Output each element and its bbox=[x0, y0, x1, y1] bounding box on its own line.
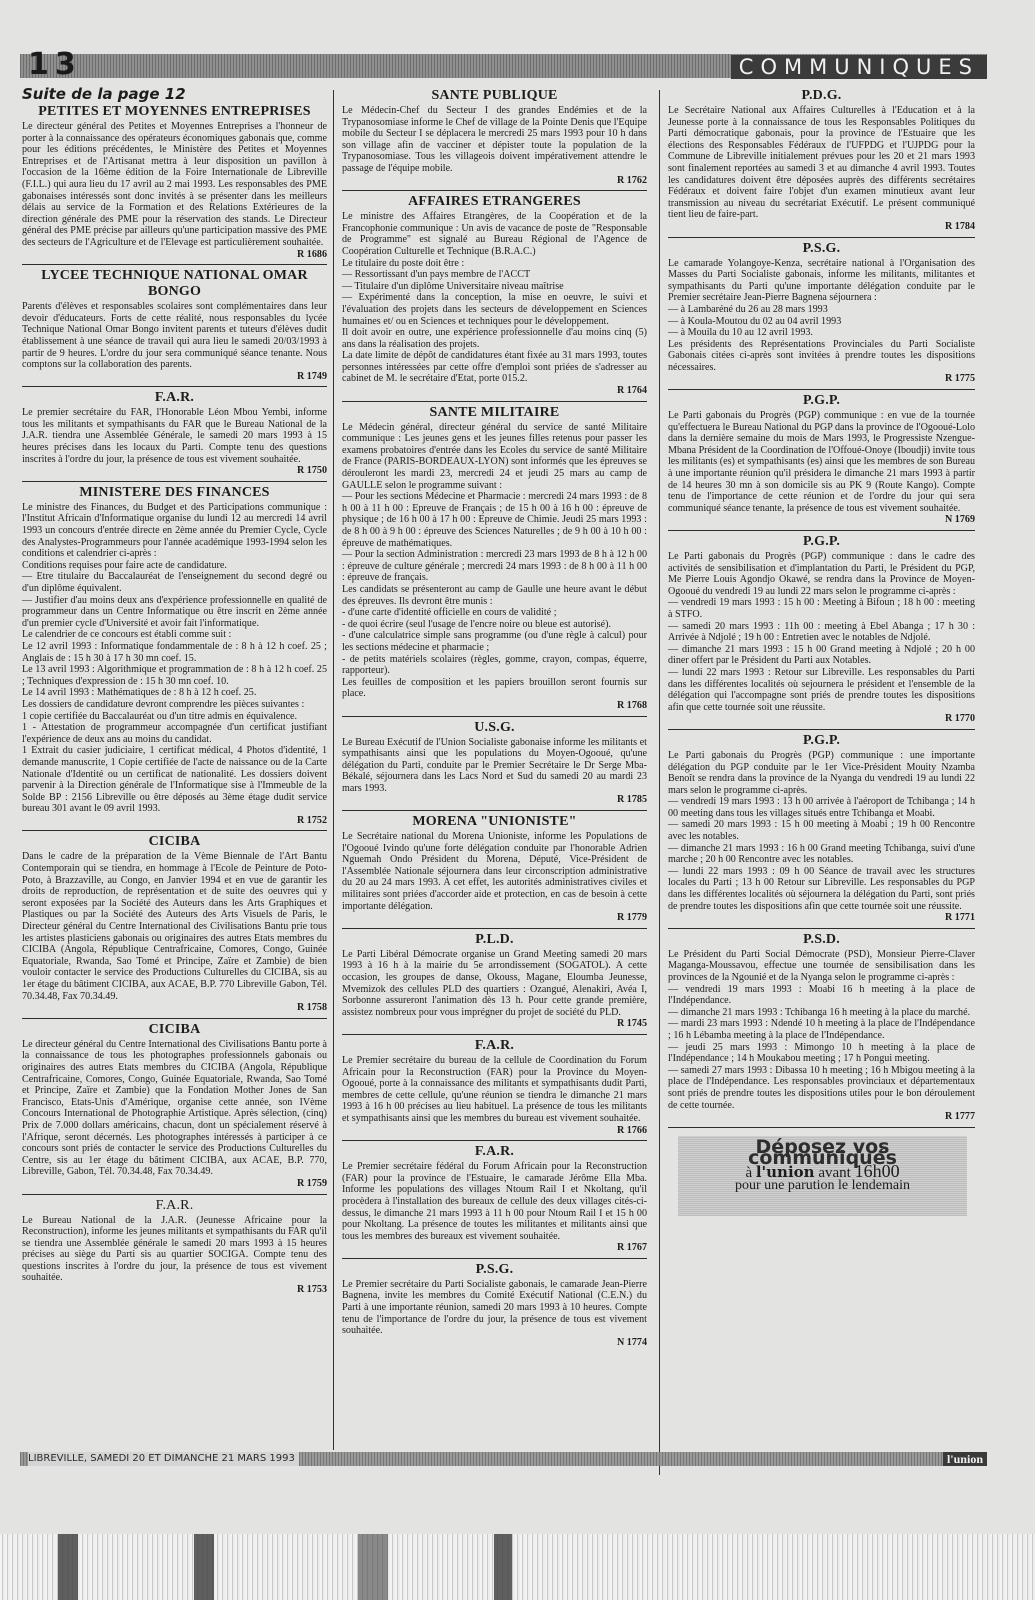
notice-title: P.S.D. bbox=[668, 932, 975, 948]
notice-line: 1 copie certifiée du Baccalauréat ou d'u… bbox=[22, 711, 327, 723]
notice: P.S.G.Le Premier secrétaire du Parti Soc… bbox=[342, 1262, 647, 1353]
column-right: P.D.G.Le Secrétaire National aux Affaire… bbox=[668, 88, 975, 1216]
notice-line: - d'une calculatrice simple sans program… bbox=[342, 630, 647, 653]
notice-line: — dimanche 21 mars 1993 : 15 h 00 Grand … bbox=[668, 644, 975, 667]
notice-body: Dans le cadre de la préparation de la Vè… bbox=[22, 851, 327, 1002]
notice-line: — Pour les sections Médecine et Pharmaci… bbox=[342, 491, 647, 549]
notice: P.G.P.Le Parti gabonais du Progrès (PGP)… bbox=[668, 393, 975, 531]
notice-title: P.G.P. bbox=[668, 393, 975, 409]
notice-body: Le Bureau Exécutif de l'Union Socialiste… bbox=[342, 737, 647, 795]
notice-line: Conditions requises pour faire acte de c… bbox=[22, 560, 327, 572]
notice-title: U.S.G. bbox=[342, 720, 647, 736]
notice-title: CICIBA bbox=[22, 1022, 327, 1038]
notice: U.S.G.Le Bureau Exécutif de l'Union Soci… bbox=[342, 720, 647, 812]
notice-body: Le Bureau National de la J.A.R. (Jeuness… bbox=[22, 1215, 327, 1285]
notice-title: P.G.P. bbox=[668, 733, 975, 749]
notice-line: — Ressortissant d'un pays membre de l'AC… bbox=[342, 269, 647, 281]
scan-stripe bbox=[494, 1534, 512, 1600]
notice-line: Le 12 avril 1993 : Informatique fondamme… bbox=[22, 641, 327, 664]
notice-line: — Pour la section Administration : mercr… bbox=[342, 549, 647, 584]
notice-body: Le Secrétaire national du Morena Unionis… bbox=[342, 831, 647, 912]
notice-line: — à Lambaréné du 26 au 28 mars 1993 bbox=[668, 304, 975, 316]
notice-body: Le Secrétaire National aux Affaires Cult… bbox=[668, 105, 975, 221]
notice-title: LYCEE TECHNIQUE NATIONAL OMAR BONGO bbox=[22, 268, 327, 300]
notice: MORENA "UNIONISTE"Le Secrétaire national… bbox=[342, 814, 647, 929]
notice-line: Le Médecin général, directeur général du… bbox=[342, 422, 647, 492]
column-divider bbox=[659, 90, 660, 1475]
notice-title: F.A.R. bbox=[22, 1198, 327, 1214]
notice-title: P.L.D. bbox=[342, 932, 647, 948]
notice-reference: R 1784 bbox=[945, 221, 975, 233]
notice-title: F.A.R. bbox=[22, 390, 327, 406]
notice: SANTE MILITAIRELe Médecin général, direc… bbox=[342, 405, 647, 717]
notice-title: P.D.G. bbox=[668, 88, 975, 104]
notice-line: — vendredi 19 mars 1993 : 15 h 00 : Meet… bbox=[668, 597, 975, 620]
notice: SANTE PUBLIQUELe Médecin-Chef du Secteur… bbox=[342, 88, 647, 191]
notice-line: — dimanche 21 mars 1993 : 16 h 00 Grand … bbox=[668, 843, 975, 866]
notice-title: P.S.G. bbox=[668, 241, 975, 257]
advert-subline: pour une parution le lendemain bbox=[678, 1180, 967, 1192]
footer-dateline: LIBREVILLE, SAMEDI 20 ET DIMANCHE 21 MAR… bbox=[28, 1452, 299, 1466]
advert-box: Déposez vos communiqués à l'union avant … bbox=[678, 1136, 967, 1216]
notice: F.A.R.Le Premier secrétaire fédéral du F… bbox=[342, 1144, 647, 1259]
notice-title: PETITES ET MOYENNES ENTREPRISES bbox=[22, 104, 327, 120]
notice-line: Le Président du Parti Social Démocrate (… bbox=[668, 949, 975, 984]
notice-line: Le camarade Yolangoye-Kenza, secrétaire … bbox=[668, 258, 975, 304]
notice-reference: N 1774 bbox=[617, 1337, 647, 1349]
column-left: PETITES ET MOYENNES ENTREPRISESLe direct… bbox=[22, 104, 327, 1303]
notice-line: Il doit avoir en outre, une expérience p… bbox=[342, 327, 647, 350]
notice-title: F.A.R. bbox=[342, 1144, 647, 1160]
notice-line: Le ministre des Finances, du Budget et d… bbox=[22, 502, 327, 560]
notice-reference: R 1764 bbox=[617, 385, 647, 397]
notice-reference: R 1779 bbox=[617, 912, 647, 924]
column-divider bbox=[333, 90, 334, 1450]
notice-line: Le titulaire du poste doit être : bbox=[342, 258, 647, 270]
notice-title: AFFAIRES ETRANGERES bbox=[342, 194, 647, 210]
advert-title: Déposez vos communiqués bbox=[678, 1142, 967, 1165]
notice-line: Les présidents des Représentations Provi… bbox=[668, 339, 975, 374]
notice-body: Parents d'élèves et responsables scolair… bbox=[22, 301, 327, 371]
notice-reference: R 1759 bbox=[297, 1178, 327, 1190]
notice-line: Le 14 avril 1993 : Mathématiques de : 8 … bbox=[22, 687, 327, 699]
notice-line: - d'une carte d'identité officielle en c… bbox=[342, 607, 647, 619]
notice-line: — samedi 27 mars 1993 : Dibassa 10 h mee… bbox=[668, 1065, 975, 1111]
notice-line: — à Mouila du 10 au 12 avril 1993. bbox=[668, 327, 975, 339]
notice-title: MINISTERE DES FINANCES bbox=[22, 485, 327, 501]
notice-line: — à Koula-Moutou du 02 au 04 avril 1993 bbox=[668, 316, 975, 328]
notice-line: 1 - Attestation de programmeur accompagn… bbox=[22, 722, 327, 745]
notice-line: La date limite de dépôt de candidatures … bbox=[342, 350, 647, 385]
continuation-label: Suite de la page 12 bbox=[22, 85, 186, 103]
notice-title: SANTE PUBLIQUE bbox=[342, 88, 647, 104]
notice-line: — jeudi 25 mars 1993 : Mimongo 10 h meet… bbox=[668, 1042, 975, 1065]
notice: PETITES ET MOYENNES ENTREPRISESLe direct… bbox=[22, 104, 327, 265]
notice-reference: R 1752 bbox=[297, 815, 327, 827]
notice-line: Les feuilles de composition et les papie… bbox=[342, 677, 647, 700]
notice-line: — samedi 20 mars 1993 : 15 h 00 meeting … bbox=[668, 819, 975, 842]
scan-stripe bbox=[358, 1534, 388, 1600]
notice-body: Le premier secrétaire du FAR, l'Honorabl… bbox=[22, 407, 327, 465]
notice: CICIBALe directeur général du Centre Int… bbox=[22, 1022, 327, 1195]
notice-line: — mardi 23 mars 1993 : Ndendé 10 h meeti… bbox=[668, 1018, 975, 1041]
notice-line: Le calendrier de ce concours est établi … bbox=[22, 629, 327, 641]
notice-reference: R 1762 bbox=[617, 175, 647, 187]
notice-line: — vendredi 19 mars 1993 : Moabi 16 h mee… bbox=[668, 984, 975, 1007]
notice: P.S.G.Le camarade Yolangoye-Kenza, secré… bbox=[668, 241, 975, 391]
notice: P.G.P.Le Parti gabonais du Progrès (PGP)… bbox=[668, 534, 975, 730]
notice-reference: R 1770 bbox=[945, 713, 975, 725]
notice-title: P.G.P. bbox=[668, 534, 975, 550]
notice-line: Le Parti gabonais du Progrès (PGP) commu… bbox=[668, 551, 975, 597]
notice: P.S.D.Le Président du Parti Social Démoc… bbox=[668, 932, 975, 1128]
page-number: 13 bbox=[28, 50, 82, 80]
notice: P.D.G.Le Secrétaire National aux Affaire… bbox=[668, 88, 975, 238]
notice-line: — vendredi 19 mars 1993 : 13 h 00 arrivé… bbox=[668, 796, 975, 819]
notice-line: — lundi 22 mars 1993 : Retour sur Librev… bbox=[668, 667, 975, 713]
notice-reference: R 1775 bbox=[945, 373, 975, 385]
notice-line: — Expérimenté dans la conception, la mis… bbox=[342, 292, 647, 327]
notice-line: — dimanche 21 mars 1993 : Tchibanga 16 h… bbox=[668, 1007, 975, 1019]
notice-line: — Titulaire d'un diplôme Universitaire n… bbox=[342, 281, 647, 293]
scan-noise bbox=[0, 1534, 1035, 1600]
notice: F.A.R.Le Premier secrétaire du bureau de… bbox=[342, 1038, 647, 1141]
notice-reference: R 1768 bbox=[617, 700, 647, 712]
notice-title: F.A.R. bbox=[342, 1038, 647, 1054]
notice-line: - de quoi écrire (seul l'usage de l'encr… bbox=[342, 619, 647, 631]
notice-title: P.S.G. bbox=[342, 1262, 647, 1278]
notice-line: - de petits matériels scolaires (règles,… bbox=[342, 654, 647, 677]
notice: P.G.P.Le Parti gabonais du Progrès (PGP)… bbox=[668, 733, 975, 929]
notice-reference: R 1771 bbox=[945, 912, 975, 924]
notice-reference: R 1686 bbox=[297, 249, 327, 261]
notice: AFFAIRES ETRANGERESLe ministre des Affai… bbox=[342, 194, 647, 402]
notice-body: Le Parti Libéral Démocrate organise un G… bbox=[342, 949, 647, 1019]
notice: F.A.R.Le Bureau National de la J.A.R. (J… bbox=[22, 1198, 327, 1300]
notice-reference: N 1769 bbox=[945, 514, 975, 526]
notice-body: Le Parti gabonais du Progrès (PGP) commu… bbox=[668, 410, 975, 514]
notice-reference: R 1750 bbox=[297, 465, 327, 477]
notice: F.A.R.Le premier secrétaire du FAR, l'Ho… bbox=[22, 390, 327, 482]
notice-reference: R 1758 bbox=[297, 1002, 327, 1014]
section-title: COMMUNIQUES bbox=[731, 55, 987, 79]
notice-reference: R 1766 bbox=[617, 1125, 647, 1137]
notice-line: — samedi 20 mars 1993 : 11h 00 : meeting… bbox=[668, 621, 975, 644]
notice: CICIBADans le cadre de la préparation de… bbox=[22, 834, 327, 1018]
notice-body: Le Premier secrétaire fédéral du Forum A… bbox=[342, 1161, 647, 1242]
notice-reference: R 1785 bbox=[617, 794, 647, 806]
notice: LYCEE TECHNIQUE NATIONAL OMAR BONGOParen… bbox=[22, 268, 327, 387]
notice-title: SANTE MILITAIRE bbox=[342, 405, 647, 421]
notice-title: CICIBA bbox=[22, 834, 327, 850]
notice-line: — Justifier d'au moins deux ans d'expéri… bbox=[22, 595, 327, 630]
notice-title: MORENA "UNIONISTE" bbox=[342, 814, 647, 830]
notice-reference: R 1749 bbox=[297, 371, 327, 383]
scan-stripe bbox=[58, 1534, 78, 1600]
notice-line: Le ministre des Affaires Etrangères, de … bbox=[342, 211, 647, 257]
notice-line: Le 13 avril 1993 : Algorithmique et prog… bbox=[22, 664, 327, 687]
scan-stripe bbox=[194, 1534, 214, 1600]
notice-body: Le Premier secrétaire du bureau de la ce… bbox=[342, 1055, 647, 1125]
notice-body: Le Médecin-Chef du Secteur I des grandes… bbox=[342, 105, 647, 175]
notice-body: Le directeur général des Petites et Moye… bbox=[22, 121, 327, 249]
notice-reference: R 1753 bbox=[297, 1284, 327, 1296]
notice-reference: R 1777 bbox=[945, 1111, 975, 1123]
notice-line: Les candidats se présenteront au camp de… bbox=[342, 584, 647, 607]
notice-line: — Etre titulaire du Baccalauréat de l'en… bbox=[22, 571, 327, 594]
notice-reference: R 1745 bbox=[617, 1018, 647, 1030]
notice-reference: R 1767 bbox=[617, 1242, 647, 1254]
footer-brand: l'union bbox=[943, 1452, 987, 1466]
column-middle: SANTE PUBLIQUELe Médecin-Chef du Secteur… bbox=[342, 88, 647, 1355]
notice: MINISTERE DES FINANCESLe ministre des Fi… bbox=[22, 485, 327, 832]
notice-line: — lundi 22 mars 1993 : 09 h 00 Séance de… bbox=[668, 866, 975, 912]
notice-line: Les dossiers de candidature devront comp… bbox=[22, 699, 327, 711]
notice-body: Le Premier secrétaire du Parti Socialist… bbox=[342, 1279, 647, 1337]
notice: P.L.D.Le Parti Libéral Démocrate organis… bbox=[342, 932, 647, 1035]
notice-line: Le Parti gabonais du Progrès (PGP) commu… bbox=[668, 750, 975, 796]
notice-body: Le directeur général du Centre Internati… bbox=[22, 1039, 327, 1178]
notice-line: 1 Extrait du casier judiciaire, 1 certif… bbox=[22, 745, 327, 815]
